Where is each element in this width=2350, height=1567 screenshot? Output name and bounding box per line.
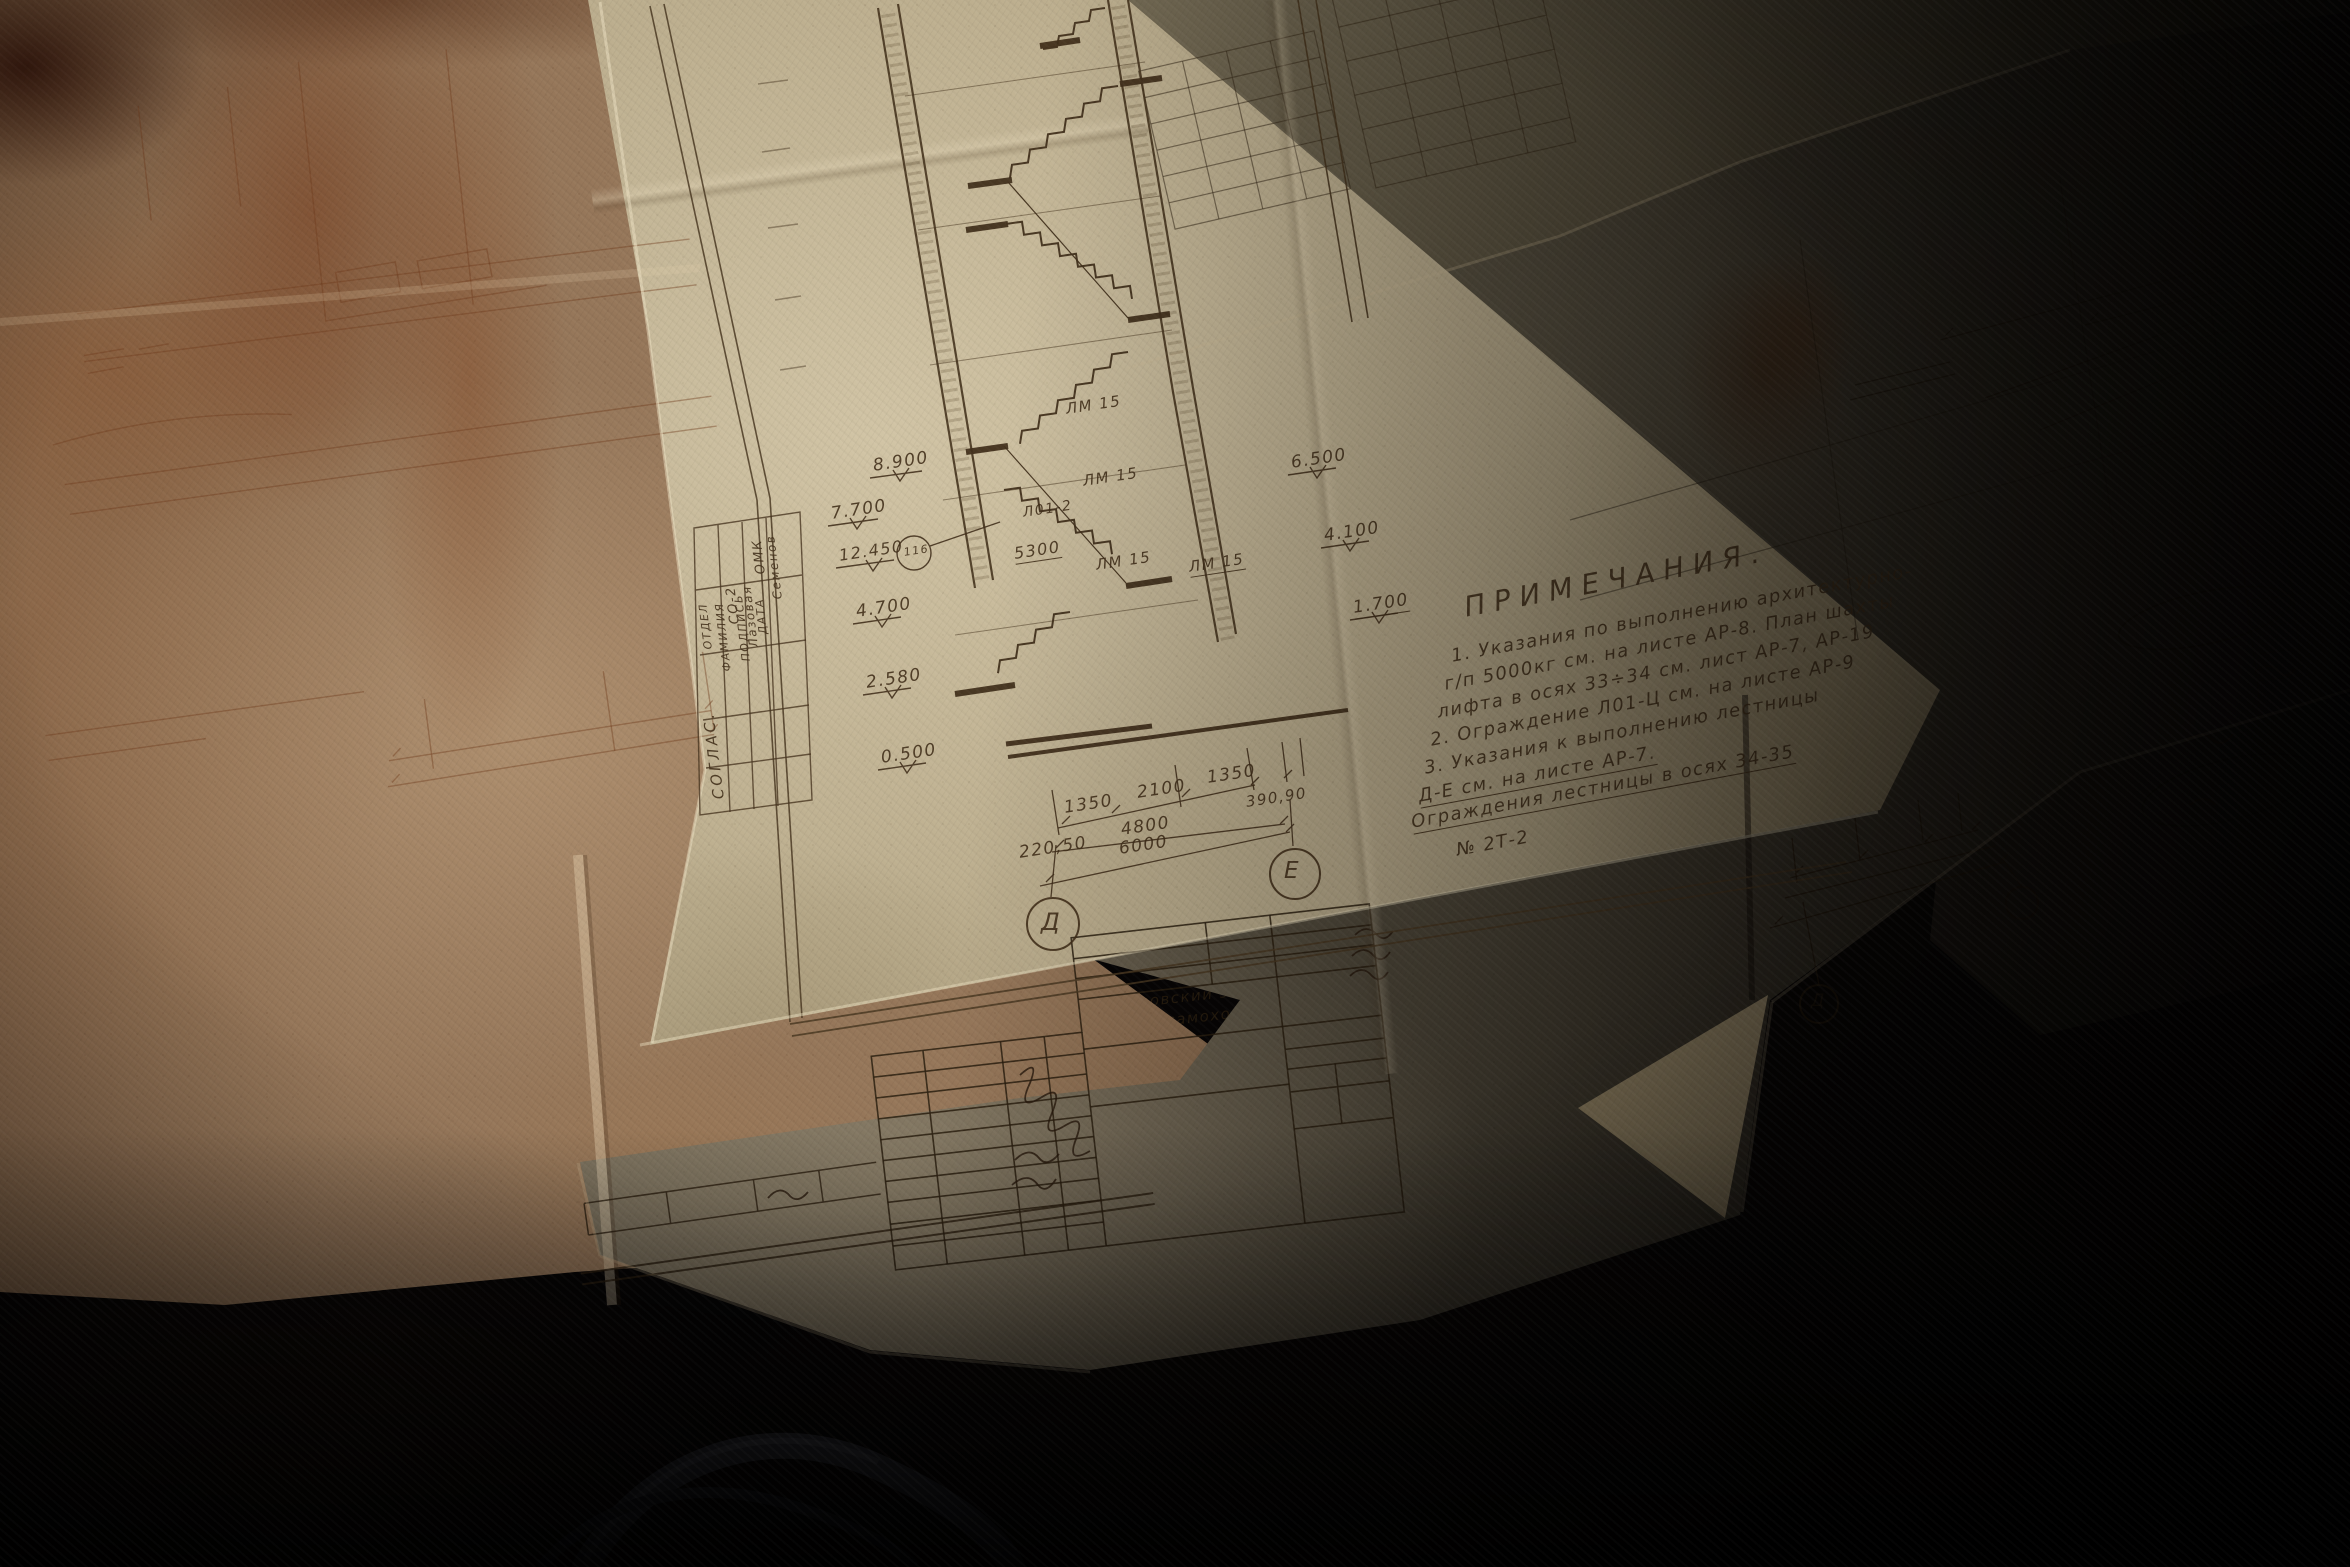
stair-shaft <box>878 0 1368 642</box>
axis-bubble-label: Е <box>1284 860 1300 883</box>
dimension-chain <box>1040 738 1304 897</box>
elevation-marks <box>758 80 1398 773</box>
stair-flights <box>955 8 1348 757</box>
photo-of-blueprints: ПРИМЕЧАНИЯ. 1. Указания по выполнению ар… <box>0 0 2350 1567</box>
axis-bubble-label: Д <box>1041 910 1061 934</box>
circle-mark-label: 116 <box>903 543 930 558</box>
sheet-frame <box>600 2 1878 1045</box>
